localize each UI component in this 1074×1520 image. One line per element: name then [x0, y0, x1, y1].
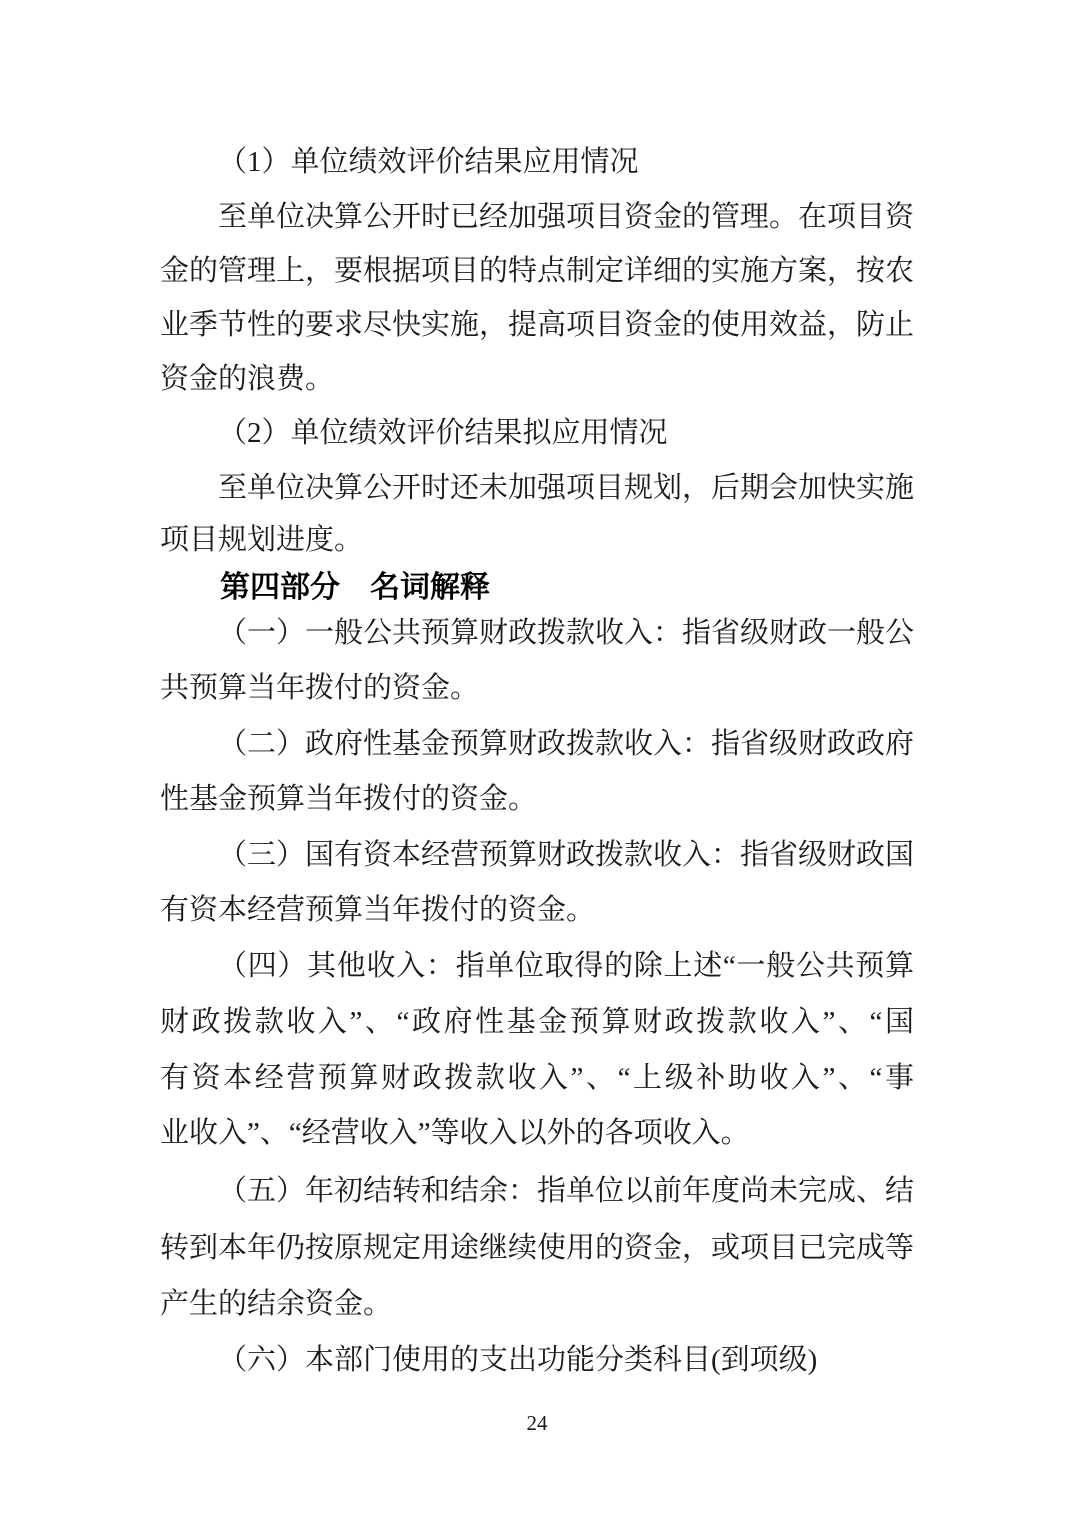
text-line: （六）本部门使用的支出功能分类科目(到项级) — [160, 1332, 914, 1388]
text-line: 财政拨款收入”、“政府性基金预算财政拨款收入”、“国 — [160, 994, 914, 1050]
text-line: （三）国有资本经营预算财政拨款收入：指省级财政国 — [160, 827, 914, 883]
text-line: （2）单位绩效评价结果拟应用情况 — [160, 405, 914, 461]
text-line: 业季节性的要求尽快实施，提高项目资金的使用效益，防止 — [160, 297, 914, 353]
text-line: （一）一般公共预算财政拨款收入：指省级财政一般公 — [160, 605, 914, 661]
text-line: （四）其他收入：指单位取得的除上述“一般公共预算 — [160, 938, 914, 994]
page-number: 24 — [0, 1408, 1074, 1438]
text-line: 资金的浪费。 — [160, 351, 914, 407]
text-line: 有资本经营预算当年拨付的资金。 — [160, 882, 914, 938]
text-line: 性基金预算当年拨付的资金。 — [160, 771, 914, 827]
text-line: （二）政府性基金预算财政拨款收入：指省级财政政府 — [160, 716, 914, 772]
text-line: 至单位决算公开时已经加强项目资金的管理。在项目资 — [160, 189, 914, 245]
text-line: 至单位决算公开时还未加强项目规划，后期会加快实施 — [160, 460, 914, 516]
text-line: （1）单位绩效评价结果应用情况 — [160, 134, 914, 190]
text-line: 共预算当年拨付的资金。 — [160, 660, 914, 716]
text-line: 业收入”、“经营收入”等收入以外的各项收入。 — [160, 1105, 914, 1161]
text-line: 金的管理上，要根据项目的特点制定详细的实施方案，按农 — [160, 243, 914, 299]
document-page: （1）单位绩效评价结果应用情况 至单位决算公开时已经加强项目资金的管理。在项目资… — [0, 0, 1074, 1520]
text-line: 有资本经营预算财政拨款收入”、“上级补助收入”、“事 — [160, 1050, 914, 1106]
text-line: 产生的结余资金。 — [160, 1276, 914, 1332]
text-line: 转到本年仍按原规定用途继续使用的资金，或项目已完成等 — [160, 1220, 914, 1276]
text-line: （五）年初结转和结余：指单位以前年度尚未完成、结 — [160, 1163, 914, 1219]
